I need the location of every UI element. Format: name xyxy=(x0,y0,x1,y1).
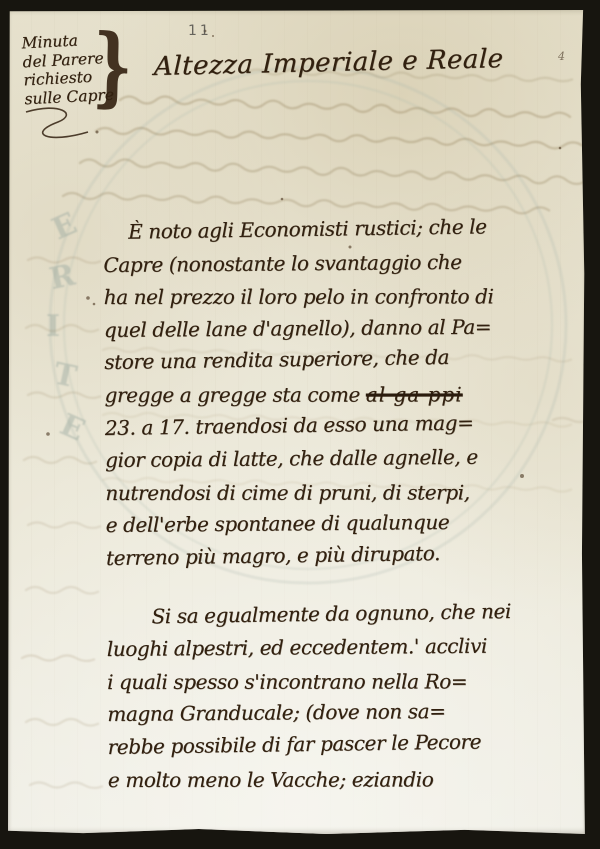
struck-out-text: al ga ppi xyxy=(366,382,463,406)
manuscript-line: Si sa egualmente da ognuno, che nei xyxy=(106,594,578,634)
manuscript-line: e molto meno le Vacche; eziandio xyxy=(108,763,580,796)
manuscript-line: rebbe possibile di far pascer le Pecore xyxy=(107,724,579,764)
manuscript-page: ERITE 11 4 Minuta del Parere richiesto s… xyxy=(8,10,586,834)
paragraph: È noto agli Economisti rustici; che leCa… xyxy=(103,212,578,575)
manuscript-body: È noto agli Economisti rustici; che leCa… xyxy=(103,212,580,796)
margin-brace: } xyxy=(92,23,134,111)
flourish-icon xyxy=(26,108,88,137)
manuscript-line: Capre (nonostante lo svantaggio che xyxy=(103,244,575,281)
svg-text:E: E xyxy=(55,407,90,448)
folio-number: 4 xyxy=(558,50,565,63)
manuscript-line: gior copia di latte, che dalle agnelle, … xyxy=(105,440,577,477)
stamp-letters: ERITE xyxy=(46,206,90,449)
manuscript-line: ha nel prezzo il loro pelo in confronto … xyxy=(104,280,576,313)
svg-text:T: T xyxy=(50,356,80,395)
svg-text:R: R xyxy=(47,257,80,297)
page-number-stamp: 11 xyxy=(188,23,212,39)
manuscript-line: terreno più magro, e più dirupato. xyxy=(106,535,578,575)
manuscript-line: È noto agli Economisti rustici; che le xyxy=(103,209,575,249)
svg-text:E: E xyxy=(47,206,82,247)
svg-text:I: I xyxy=(46,309,60,344)
scanned-document: ERITE 11 4 Minuta del Parere richiesto s… xyxy=(0,0,600,849)
manuscript-line: nutrendosi di cime di pruni, di sterpi, xyxy=(105,476,577,509)
manuscript-line: store una rendita superiore, che da xyxy=(104,339,576,379)
salutation-heading: Altezza Imperiale e Reale xyxy=(154,44,504,82)
manuscript-line: 23. a 17. traendosi da esso una mag= xyxy=(105,405,577,445)
manuscript-line: luoghi alpestri, ed eccedentem.' acclivi xyxy=(107,629,579,666)
paragraph: Si sa egualmente da ognuno, che neiluogh… xyxy=(106,596,580,796)
manuscript-line: i quali spesso s'incontrano nella Ro= xyxy=(107,665,579,698)
